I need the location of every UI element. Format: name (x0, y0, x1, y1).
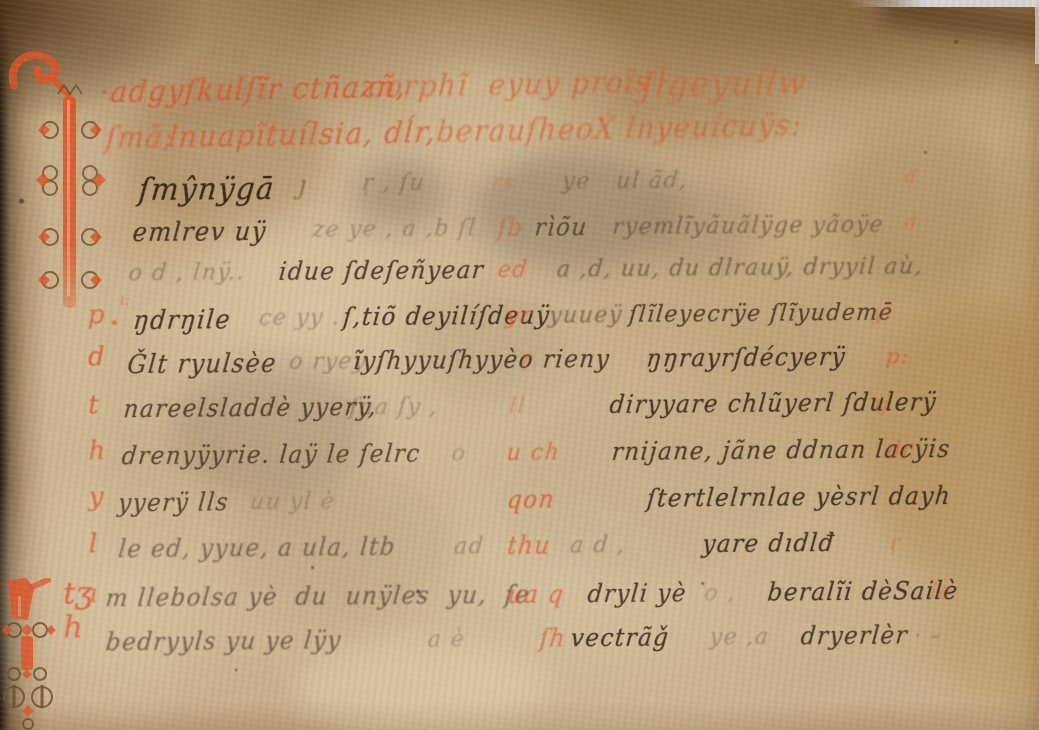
text-segment: a d , (569, 532, 627, 559)
text-segment: vectrãǧ (570, 624, 671, 653)
ink-speck (235, 668, 238, 671)
margin-initial: l (89, 529, 97, 559)
manuscript-line: bedryyls yu ye lÿya èſhvectrãǧye ,adryer… (1, 623, 1039, 678)
text-segment: ſmŷnÿgā (137, 170, 277, 208)
text-segment: d (904, 165, 919, 188)
text-segment: m llebolsa yè du unÿles yu, ſe (104, 581, 531, 613)
text-segment: yi (872, 299, 895, 325)
text-segment: le ed, yyue, a ula, ltb (117, 533, 397, 563)
text-segment: ye ul ãd, (561, 167, 689, 195)
text-segment: · – (913, 622, 943, 648)
text-segment: yr (505, 302, 534, 329)
text-segment: ŗ (889, 529, 903, 555)
text-segment: o d , lnÿ.. (128, 259, 247, 287)
margin-initial: t (88, 390, 99, 420)
ink-speck (112, 320, 117, 325)
margin-initial: d (88, 342, 105, 372)
text-segment: uu yl è (249, 488, 337, 516)
ink-speck (19, 199, 24, 204)
manuscript-page: ·adgyſkulſĩr ctñazñ,corphĩ eyuy proĩs ·J… (0, 0, 1039, 730)
text-segment: u ch (506, 439, 562, 466)
text-segment: Ǧlt ryulsèe (126, 348, 278, 379)
text-segment: lnuapĩtuílsia, dĺr, (167, 114, 438, 155)
ink-speck (701, 582, 704, 585)
text-segment: yyerÿ lls (117, 489, 231, 518)
text-segment: a ,d, uu, du dlrauÿ, dryyil aù, (556, 253, 925, 283)
text-segment: yuueÿ (548, 302, 624, 329)
text-segment: yare dıdlđ (701, 530, 836, 559)
text-segment: thu (506, 532, 552, 560)
text-segment: ſh (539, 625, 568, 653)
text-segment: ad (453, 533, 486, 560)
text-segment: ua q (506, 581, 565, 609)
ink-speck (416, 590, 420, 594)
text-segment: a è (427, 626, 467, 653)
text-segment: ll (508, 392, 527, 418)
text-segment: nareelsladdè yyerÿ, (122, 394, 378, 424)
text-segment: ŗ , ſu (361, 169, 426, 196)
text-segment: ſmā; (104, 119, 176, 156)
text-segment: ĩyſhyyuſhyyèo rieny (352, 346, 611, 376)
text-segment: ye ,a (709, 623, 772, 650)
text-segment: p: (885, 343, 911, 369)
text-segment: emlrev uÿ (131, 216, 268, 247)
text-segment: ſlĩleyecrÿe ſlĩyudemē (628, 299, 895, 328)
margin-initial: y (89, 482, 104, 512)
margin-initial: ı: (120, 290, 131, 309)
manuscript-line: le ed, yyue, a ula, ltbadthua d ,yare dı… (1, 530, 1039, 585)
text-segment: ed (497, 256, 530, 283)
ink-speck (954, 40, 958, 44)
text-segment: ŗ (520, 346, 535, 373)
text-segment: ze ye , a ,b ſl (311, 215, 477, 243)
ink-speck (311, 566, 314, 569)
text-segment: idue ſdeſeñyear (278, 257, 486, 287)
text-segment: rìõu (533, 214, 589, 242)
text-segment: dryerlèr (800, 622, 910, 651)
text-segment: ŋŋrayrſdécyerÿ (645, 344, 847, 374)
text-segment: ce yy . (258, 304, 342, 331)
text-segment: qon (506, 486, 557, 514)
text-segment: ŗs (491, 169, 516, 195)
text-layer: ·adgyſkulſĩr ctñazñ,corphĩ eyuy proĩs ·J… (0, 0, 1039, 730)
text-segment: d (904, 211, 919, 234)
text-segment: ſtertlelrnlae yèsrl dayh (646, 483, 953, 513)
text-segment: Jĺgeyuílw (639, 60, 810, 105)
text-segment: corphĩ eyuy proĩs · (367, 63, 673, 104)
text-segment: o , (703, 580, 737, 607)
text-segment: o (451, 440, 468, 467)
text-segment: le (929, 578, 953, 604)
text-segment: bedryyls yu ye lÿy (105, 627, 344, 657)
margin-initial: h (88, 436, 105, 466)
margin-initial: p (88, 300, 105, 330)
text-segment: ij (874, 389, 892, 415)
text-segment: ſb (496, 214, 525, 242)
text-segment: ·adgyſkulſĩr ctñazñ, (99, 69, 409, 110)
text-segment: ryemlĩyãuãlÿge yãoÿe (611, 211, 885, 240)
text-segment: berauſheoX́ lnyeuícuÿs: (435, 107, 804, 149)
text-segment: ȷ (297, 170, 309, 200)
ink-speck (924, 151, 927, 154)
text-segment: ſua ſy , (348, 393, 440, 421)
text-segment: dryli yè (586, 580, 688, 609)
bottom-margin-initial: h (63, 610, 83, 645)
text-segment: ŋdrŋile (132, 305, 233, 336)
text-segment: dr (887, 436, 915, 462)
text-segment: drenyÿyrie. laÿ le ſelrc (121, 440, 422, 470)
bottom-margin-initial: tʒ (63, 576, 92, 611)
